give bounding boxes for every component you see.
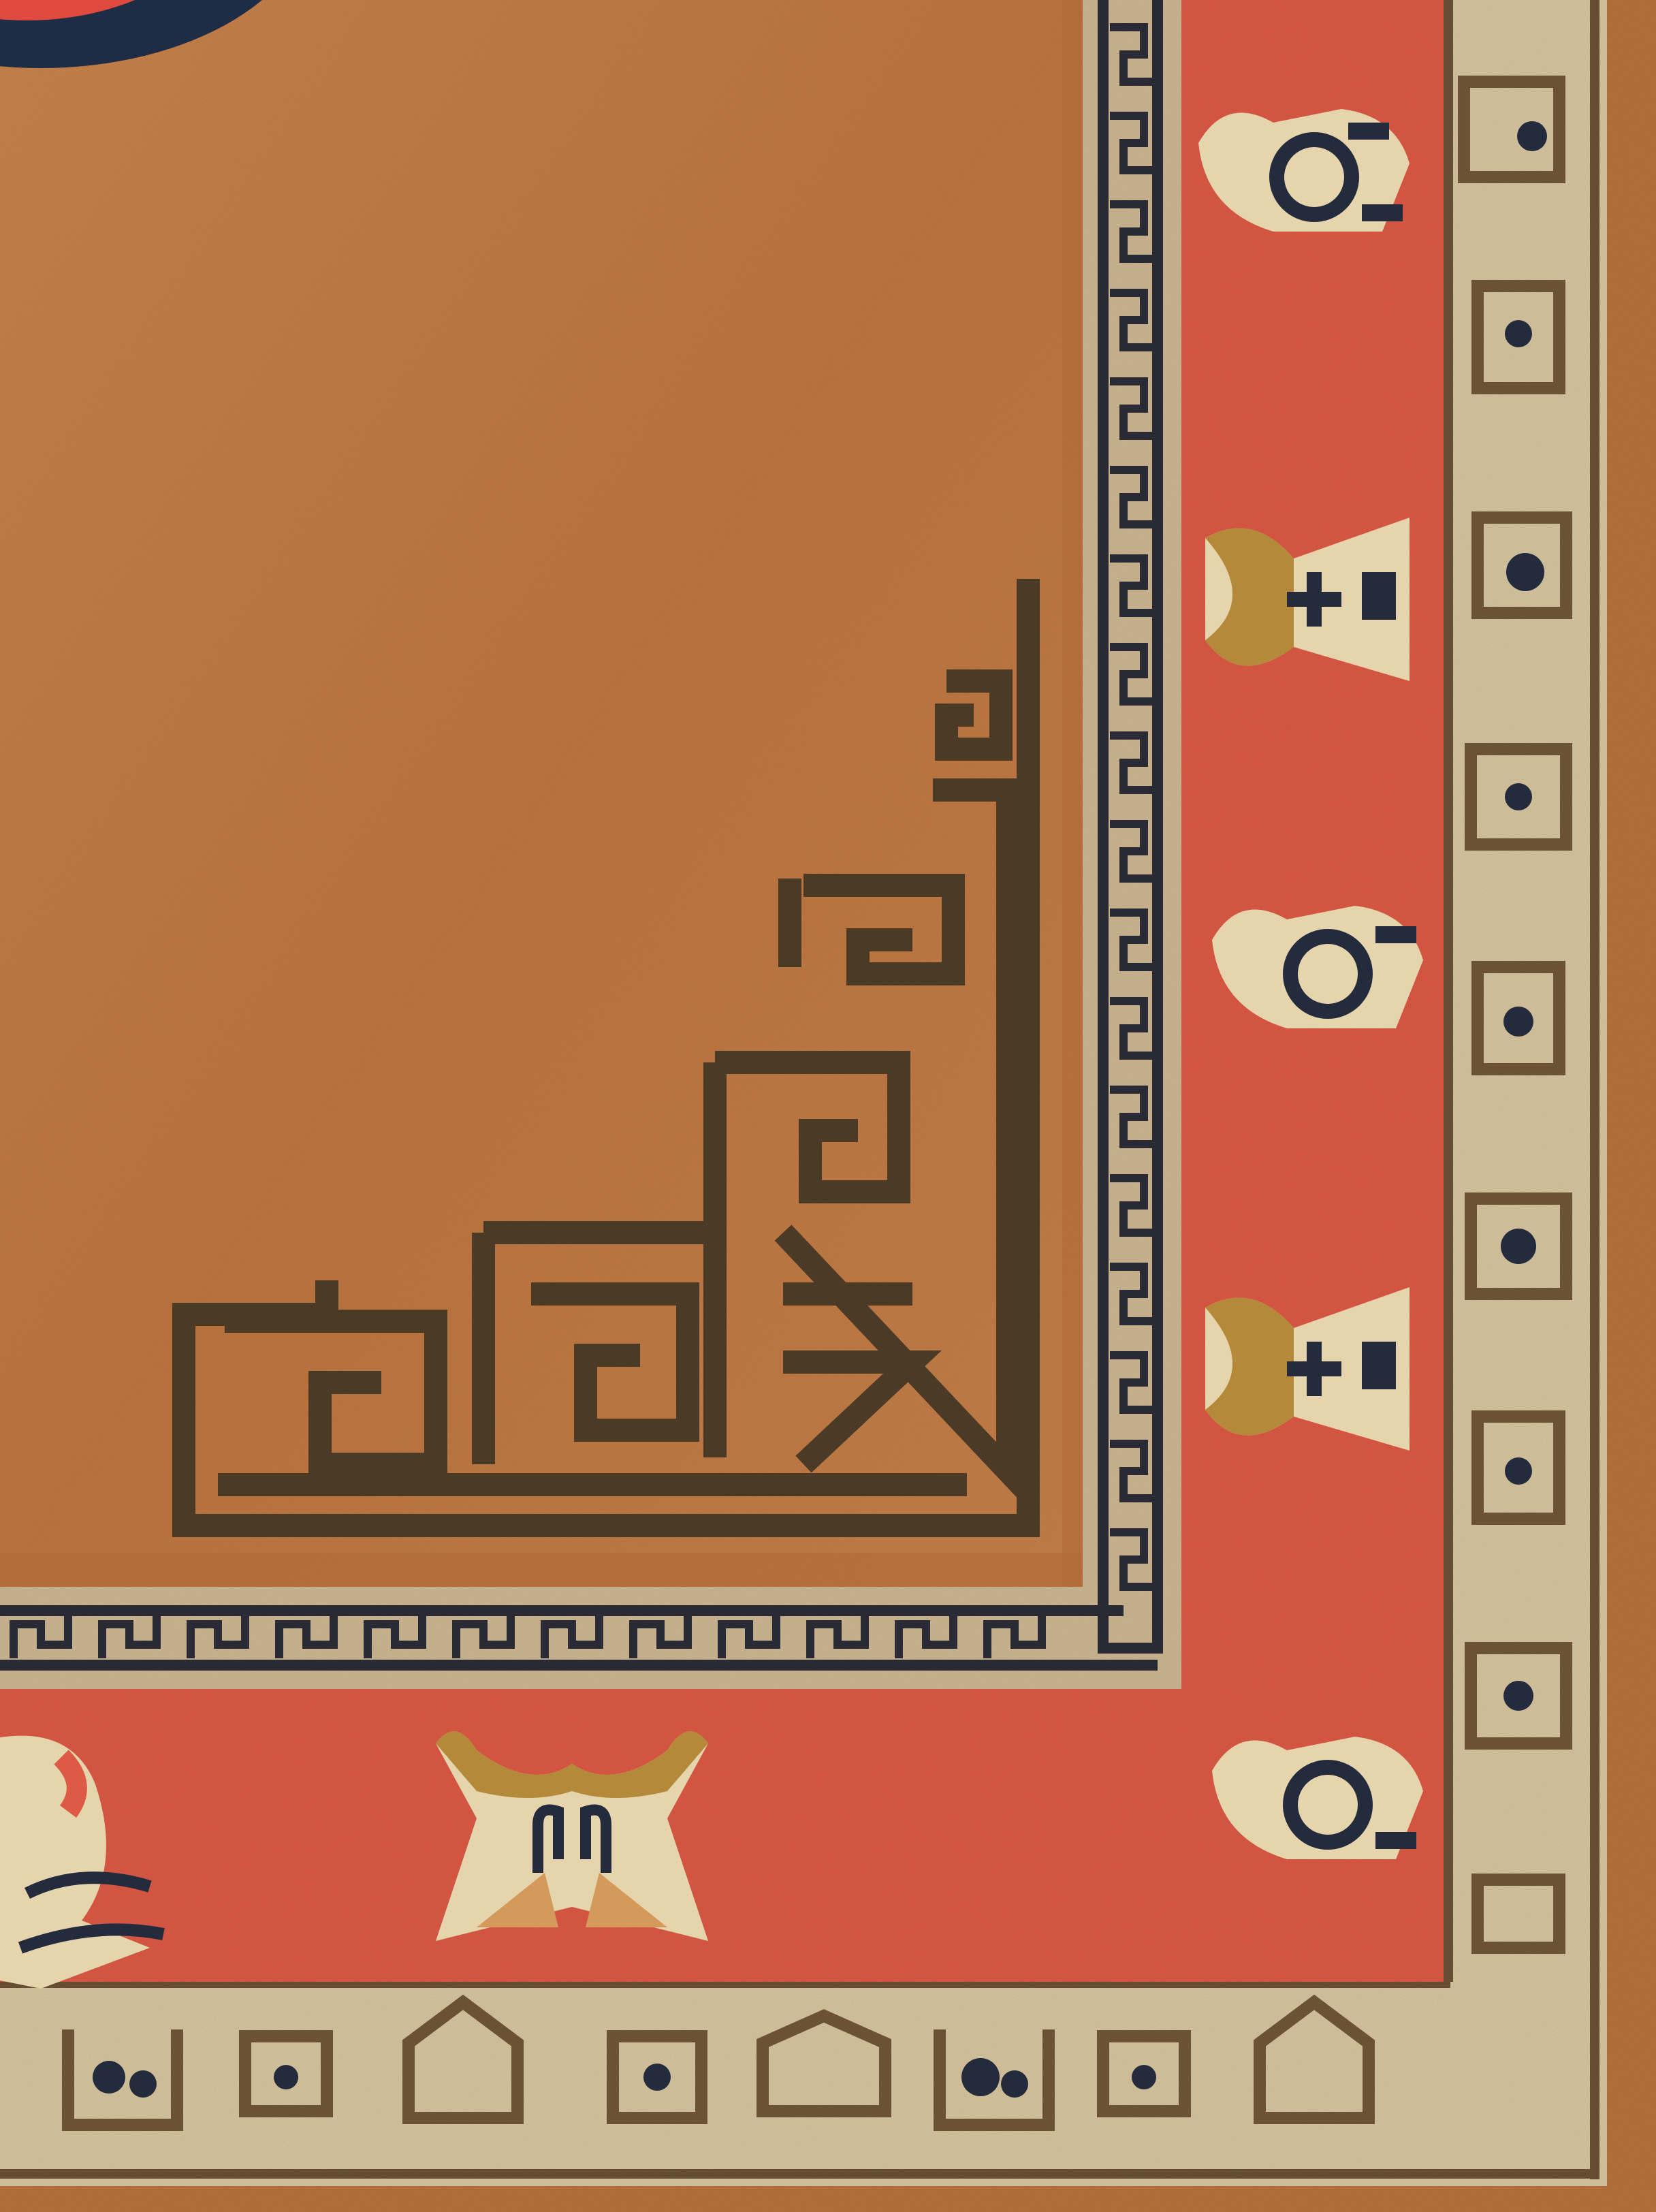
field [0, 0, 1083, 1587]
rug-photo [0, 0, 1656, 2212]
